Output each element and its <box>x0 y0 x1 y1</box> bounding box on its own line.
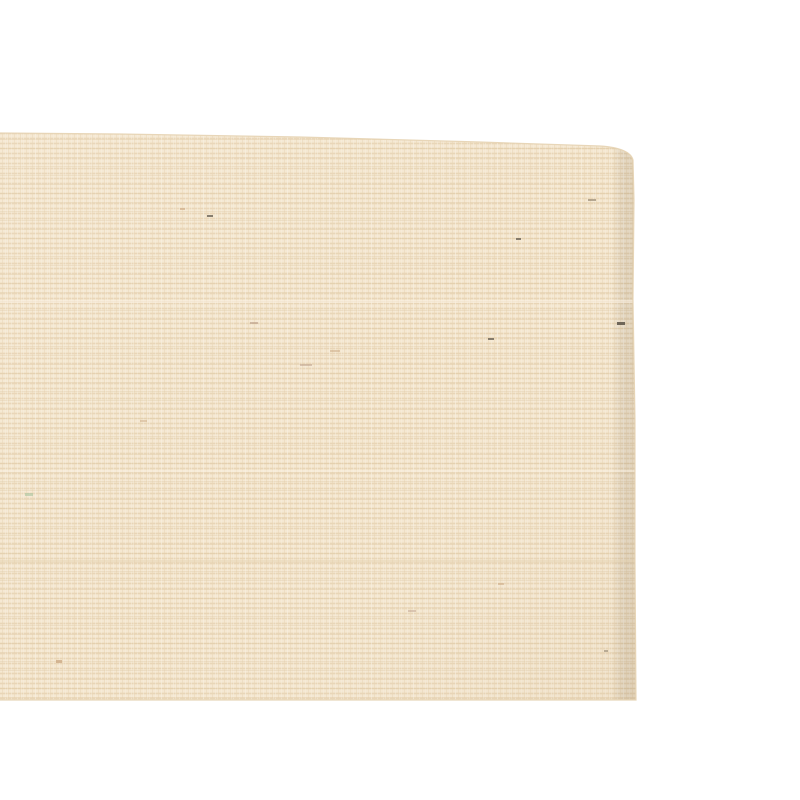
fabric-body <box>0 120 640 710</box>
fabric-swatch <box>0 0 800 800</box>
photo-scene <box>0 0 800 800</box>
